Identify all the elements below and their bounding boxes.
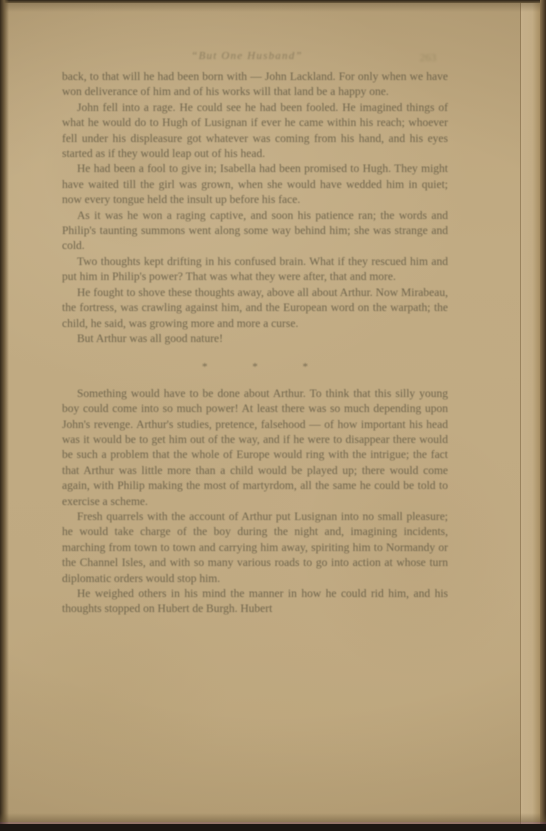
running-head-title: “But One Husband” (62, 50, 432, 62)
edge-left (0, 0, 9, 831)
paragraph: As it was he won a raging captive, and s… (62, 209, 448, 255)
edge-top-shadow (0, 3, 546, 12)
paragraph: He had been a fool to give in; Isabella … (62, 162, 448, 208)
paragraph: John fell into a rage. He could see he h… (62, 101, 448, 163)
text-block: back, to that will he had been born with… (62, 70, 448, 618)
paragraph: Something would have to be done about Ar… (62, 387, 448, 510)
edge-bottom-shadow (0, 813, 546, 822)
paragraph: But Arthur was all good nature! (62, 332, 448, 347)
scanned-book-page: “But One Husband” 263 back, to that will… (0, 0, 546, 831)
paragraph: Two thoughts kept drifting in his confus… (62, 255, 448, 286)
page-edge-strip (521, 0, 540, 831)
page-crease (520, 0, 521, 831)
paragraph: back, to that will he had been born with… (62, 70, 448, 101)
paragraph: He weighed others in his mind the manner… (62, 587, 448, 618)
edge-right (540, 0, 546, 831)
paragraph: He fought to shove these thoughts away, … (62, 286, 448, 332)
page-number: 263 (405, 52, 451, 64)
paragraph: Fresh quarrels with the account of Arthu… (62, 510, 448, 587)
section-break: * * * (62, 360, 448, 375)
edge-bottom (0, 824, 546, 831)
paper-stain (0, 600, 230, 800)
